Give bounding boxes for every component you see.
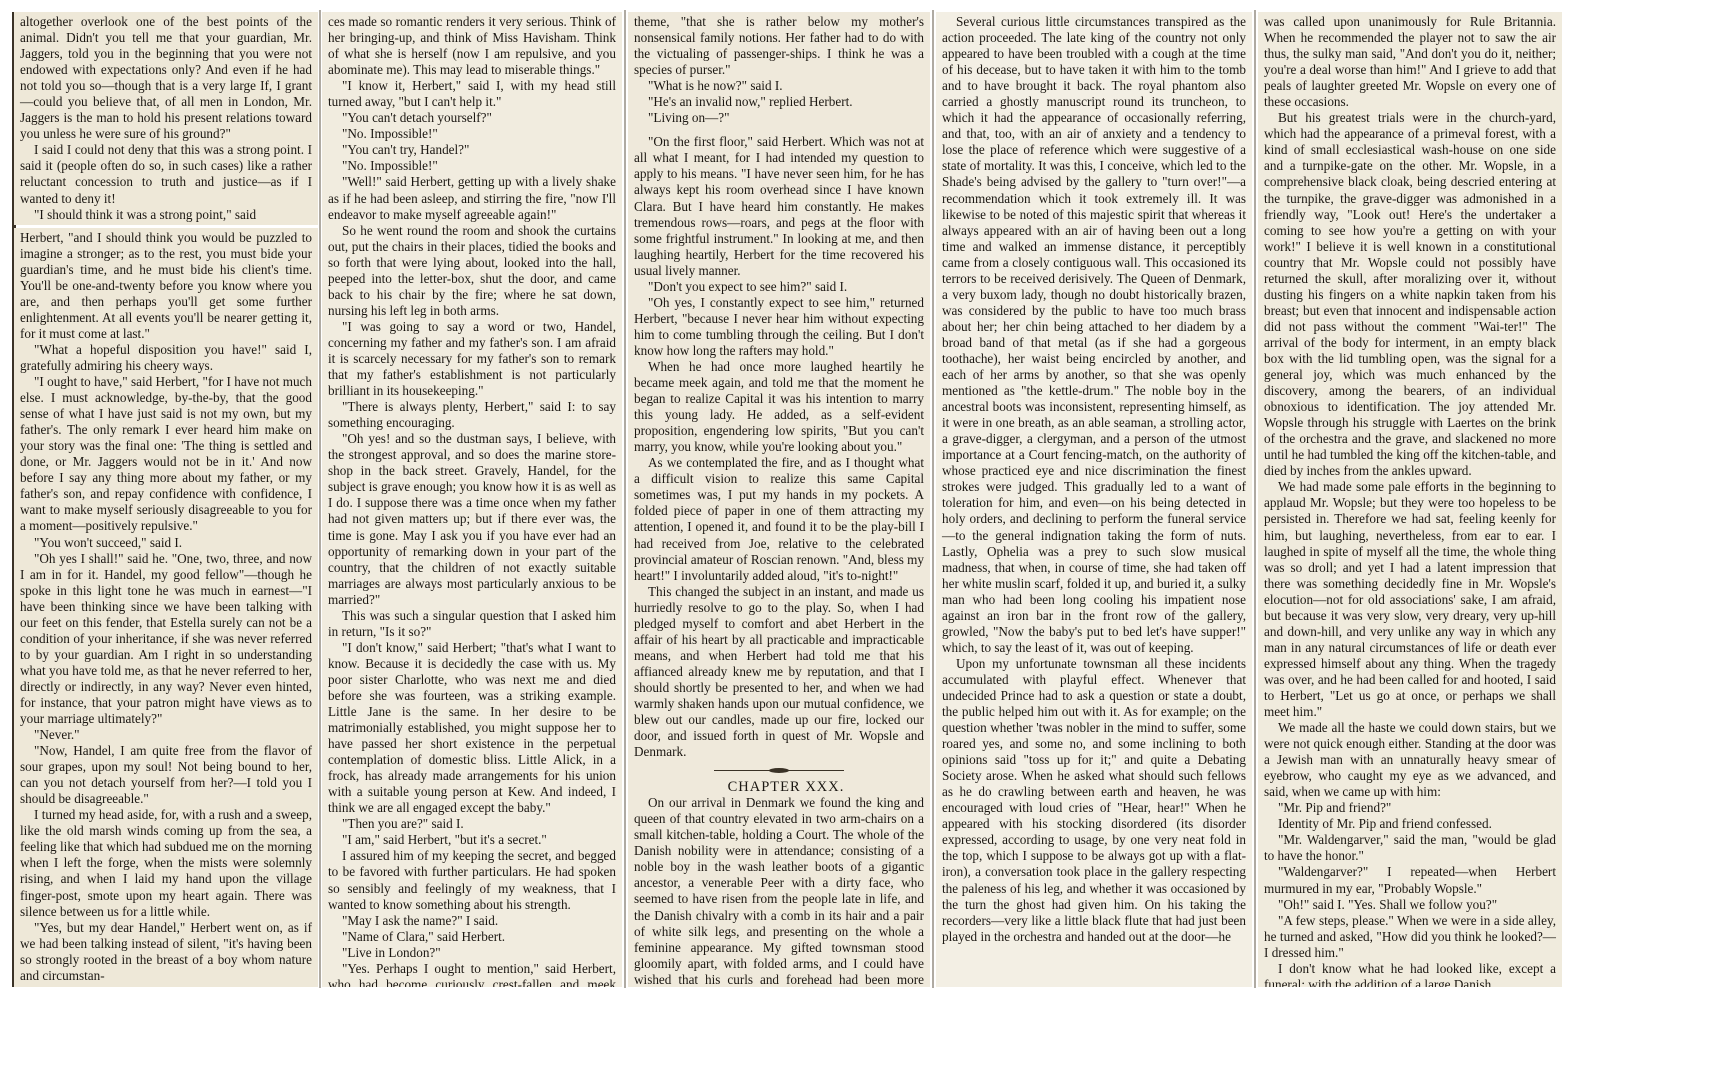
article-paragraph: "I was going to say a word or two, Hande… xyxy=(328,319,616,399)
article-paragraph: "No. Impossible!" xyxy=(328,126,616,142)
chapter-heading: CHAPTER XXX. xyxy=(634,779,924,795)
column-5: was called upon unanimously for Rule Bri… xyxy=(1258,12,1562,987)
article-paragraph: "Don't you expect to see him?" said I. xyxy=(634,279,924,295)
article-paragraph: "Oh yes, I constantly expect to see him,… xyxy=(634,295,924,359)
article-paragraph: This changed the subject in an instant, … xyxy=(634,584,924,761)
article-paragraph: But his greatest trials were in the chur… xyxy=(1264,110,1556,479)
article-paragraph: As we contemplated the fire, and as I th… xyxy=(634,455,924,583)
article-paragraph: We had made some pale efforts in the beg… xyxy=(1264,479,1556,720)
article-paragraph: "You can't detach yourself?" xyxy=(328,110,616,126)
article-paragraph: I assured him of my keeping the secret, … xyxy=(328,848,616,912)
article-paragraph: "I should think it was a strong point," … xyxy=(20,207,312,223)
article-paragraph: "Oh!" said I. "Yes. Shall we follow you?… xyxy=(1264,897,1556,913)
article-paragraph: "Waldengarver?" I repeated—when Herbert … xyxy=(1264,864,1556,896)
article-paragraph: "Yes, but my dear Handel," Herbert went … xyxy=(20,920,312,984)
column-rule xyxy=(624,10,626,988)
article-paragraph: "What a hopeful disposition you have!" s… xyxy=(20,342,312,374)
section-ornament xyxy=(714,770,844,771)
article-paragraph: "On the first floor," said Herbert. Whic… xyxy=(634,134,924,278)
article-paragraph: "Mr. Waldengarver," said the man, "would… xyxy=(1264,832,1556,864)
article-paragraph: "Never." xyxy=(20,727,312,743)
article-paragraph: I said I could not deny that this was a … xyxy=(20,142,312,206)
article-paragraph: "You won't succeed," said I. xyxy=(20,535,312,551)
column-rule xyxy=(319,10,321,988)
column-3: theme, "that she is rather below my moth… xyxy=(628,12,930,987)
article-paragraph: On our arrival in Denmark we found the k… xyxy=(634,795,924,987)
article-paragraph: "There is always plenty, Herbert," said … xyxy=(328,399,616,431)
article-paragraph: "Oh yes! and so the dustman says, I beli… xyxy=(328,431,616,608)
article-paragraph: "I am," said Herbert, "but it's a secret… xyxy=(328,832,616,848)
article-paragraph: theme, "that she is rather below my moth… xyxy=(634,14,924,78)
article-paragraph: Upon my unfortunate townsman all these i… xyxy=(942,656,1246,945)
article-paragraph: "Well!" said Herbert, getting up with a … xyxy=(328,174,616,222)
paragraph-gap xyxy=(634,126,924,134)
article-paragraph: Herbert, "and I should think you would b… xyxy=(20,230,312,342)
newspaper-page: altogether overlook one of the best poin… xyxy=(0,0,1568,992)
article-paragraph: When he had once more laughed heartily h… xyxy=(634,359,924,455)
article-paragraph: "What is he now?" said I. xyxy=(634,78,924,94)
article-paragraph: We made all the haste we could down stai… xyxy=(1264,720,1556,800)
article-paragraph: ces made so romantic renders it very ser… xyxy=(328,14,616,78)
article-paragraph: I don't know what he had looked like, ex… xyxy=(1264,961,1556,987)
article-paragraph: altogether overlook one of the best poin… xyxy=(20,14,312,142)
article-paragraph: "Name of Clara," said Herbert. xyxy=(328,929,616,945)
article-paragraph: Several curious little circumstances tra… xyxy=(942,14,1246,656)
article-paragraph: "I ought to have," said Herbert, "for I … xyxy=(20,374,312,534)
column-4: Several curious little circumstances tra… xyxy=(936,12,1252,987)
article-paragraph: "Oh yes I shall!" said he. "One, two, th… xyxy=(20,551,312,728)
article-paragraph: "Then you are?" said I. xyxy=(328,816,616,832)
article-paragraph: So he went round the room and shook the … xyxy=(328,223,616,319)
article-paragraph: This was such a singular question that I… xyxy=(328,608,616,640)
article-paragraph: "Mr. Pip and friend?" xyxy=(1264,800,1556,816)
article-paragraph: was called upon unanimously for Rule Bri… xyxy=(1264,14,1556,110)
column-1: altogether overlook one of the best poin… xyxy=(12,12,318,987)
article-paragraph: "A few steps, please." When we were in a… xyxy=(1264,913,1556,961)
article-paragraph: "Live in London?" xyxy=(328,945,616,961)
column-rule xyxy=(932,10,934,988)
article-paragraph: "I don't know," said Herbert; "that's wh… xyxy=(328,640,616,817)
article-paragraph: "No. Impossible!" xyxy=(328,158,616,174)
article-paragraph: "I know it, Herbert," said I, with my he… xyxy=(328,78,616,110)
article-paragraph: "Living on—?" xyxy=(634,110,924,126)
article-paragraph: I turned my head aside, for, with a rush… xyxy=(20,807,312,919)
column-rule xyxy=(1254,10,1256,988)
article-paragraph: "Yes. Perhaps I ought to mention," said … xyxy=(328,961,616,987)
column-2: ces made so romantic renders it very ser… xyxy=(322,12,622,987)
article-paragraph: "Now, Handel, I am quite free from the f… xyxy=(20,743,312,807)
article-paragraph: "May I ask the name?" I said. xyxy=(328,913,616,929)
article-paragraph: "You can't try, Handel?" xyxy=(328,142,616,158)
article-paragraph: "He's an invalid now," replied Herbert. xyxy=(634,94,924,110)
clipping-seam xyxy=(14,225,318,228)
article-paragraph: Identity of Mr. Pip and friend confessed… xyxy=(1264,816,1556,832)
